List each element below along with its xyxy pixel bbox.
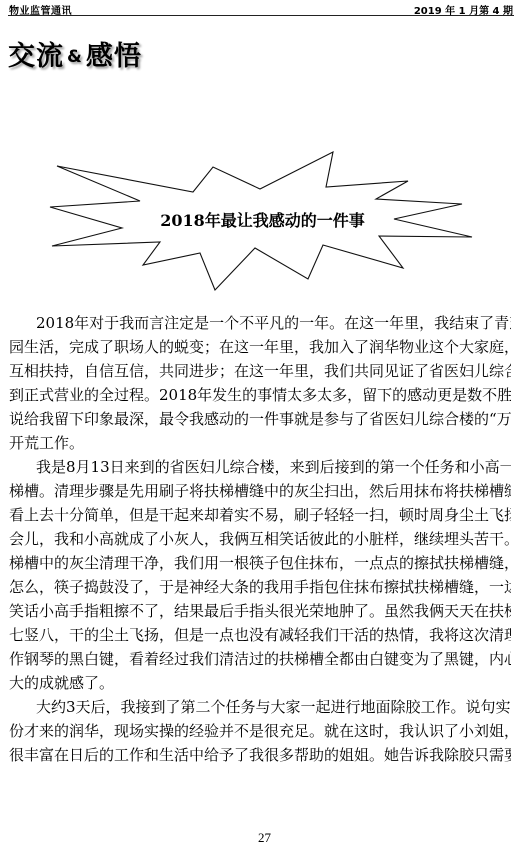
text-line: 2018年对于我而言注定是一个不平凡的一年。在这一年里，我结束了青葱懵懂的校	[9, 311, 511, 335]
article-title: 2018年最让我感动的一件事	[140, 208, 385, 231]
paragraph-3: 大约3天后，我接到了第二个任务与大家一起进行地面除胶工作。说句实话，我3月 份才…	[9, 695, 511, 767]
text-line: 笑话小高手指粗擦不了，结果最后手指头很光荣地肿了。虽然我俩天天在扶梯上坐的横	[9, 599, 511, 623]
text-line: 作钢琴的黑白键，看着经过我们清洁过的扶梯槽全都由白键变为了黑键，内心别提有多	[9, 647, 511, 671]
paragraph-2: 我是8月13日来到的省医妇儿综合楼，来到后接到的第一个任务和小高一起清理扶 梯槽…	[9, 455, 511, 695]
paragraph-1: 2018年对于我而言注定是一个不平凡的一年。在这一年里，我结束了青葱懵懂的校 园…	[9, 311, 511, 455]
text-line: 很丰富在日后的工作和生活中给予了我很多帮助的姐姐。她告诉我除胶只需要五样东	[9, 743, 511, 767]
text-line: 梯槽中的灰尘清理干净，我们用一根筷子包住抹布，一点点的擦拭扶梯槽缝，后来不知	[9, 551, 511, 575]
page-number: 27	[0, 830, 529, 846]
text-line: 梯槽。清理步骤是先用刷子将扶梯槽缝中的灰尘扫出，然后用抹布将扶梯槽缝擦拭干净。	[9, 479, 511, 503]
section-title-part2: 感悟	[86, 41, 142, 72]
section-title-ampersand: &	[67, 47, 83, 67]
section-title: 交流&感悟	[8, 34, 142, 73]
text-line: 到正式营业的全过程。2018年发生的事情太多太多，留下的感动更是数不胜数，但要是	[9, 383, 511, 407]
article-body: 2018年对于我而言注定是一个不平凡的一年。在这一年里，我结束了青葱懵懂的校 园…	[9, 311, 511, 767]
text-line: 份才来的润华，现场实操的经验并不是很充足。就在这时，我认识了小刘姐，一位经验	[9, 719, 511, 743]
text-line: 开荒工作。	[9, 431, 511, 455]
text-line: 看上去十分简单，但是干起来却着实不易，刷子轻轻一扫，顿时周身尘土飞扬。没过一	[9, 503, 511, 527]
text-line: 会儿，我和小高就成了小灰人，我俩互相笑话彼此的小脏样，继续埋头苦干。为了将扶	[9, 527, 511, 551]
header-divider	[8, 15, 514, 16]
text-line: 怎么，筷子捣鼓没了，于是神经大条的我用手指包住抹布擦拭扶梯槽缝，一边擦还一边	[9, 575, 511, 599]
text-line: 大约3天后，我接到了第二个任务与大家一起进行地面除胶工作。说句实话，我3月	[9, 695, 511, 719]
text-line: 我是8月13日来到的省医妇儿综合楼，来到后接到的第一个任务和小高一起清理扶	[9, 455, 511, 479]
text-line: 大的成就感了。	[9, 671, 511, 695]
text-line: 互相扶持，自信互信，共同进步；在这一年里，我们共同见证了省医妇儿综合楼由开荒	[9, 359, 511, 383]
section-title-part1: 交流	[8, 41, 64, 72]
text-line: 说给我留下印象最深，最令我感动的一件事就是参与了省医妇儿综合楼的“万里长征”	[9, 407, 511, 431]
text-line: 七竖八，干的尘土飞扬，但是一点也没有减轻我们干活的热情，我将这次清理扶梯槽比	[9, 623, 511, 647]
text-line: 园生活，完成了职场人的蜕变；在这一年里，我加入了润华物业这个大家庭，我们彼此	[9, 335, 511, 359]
